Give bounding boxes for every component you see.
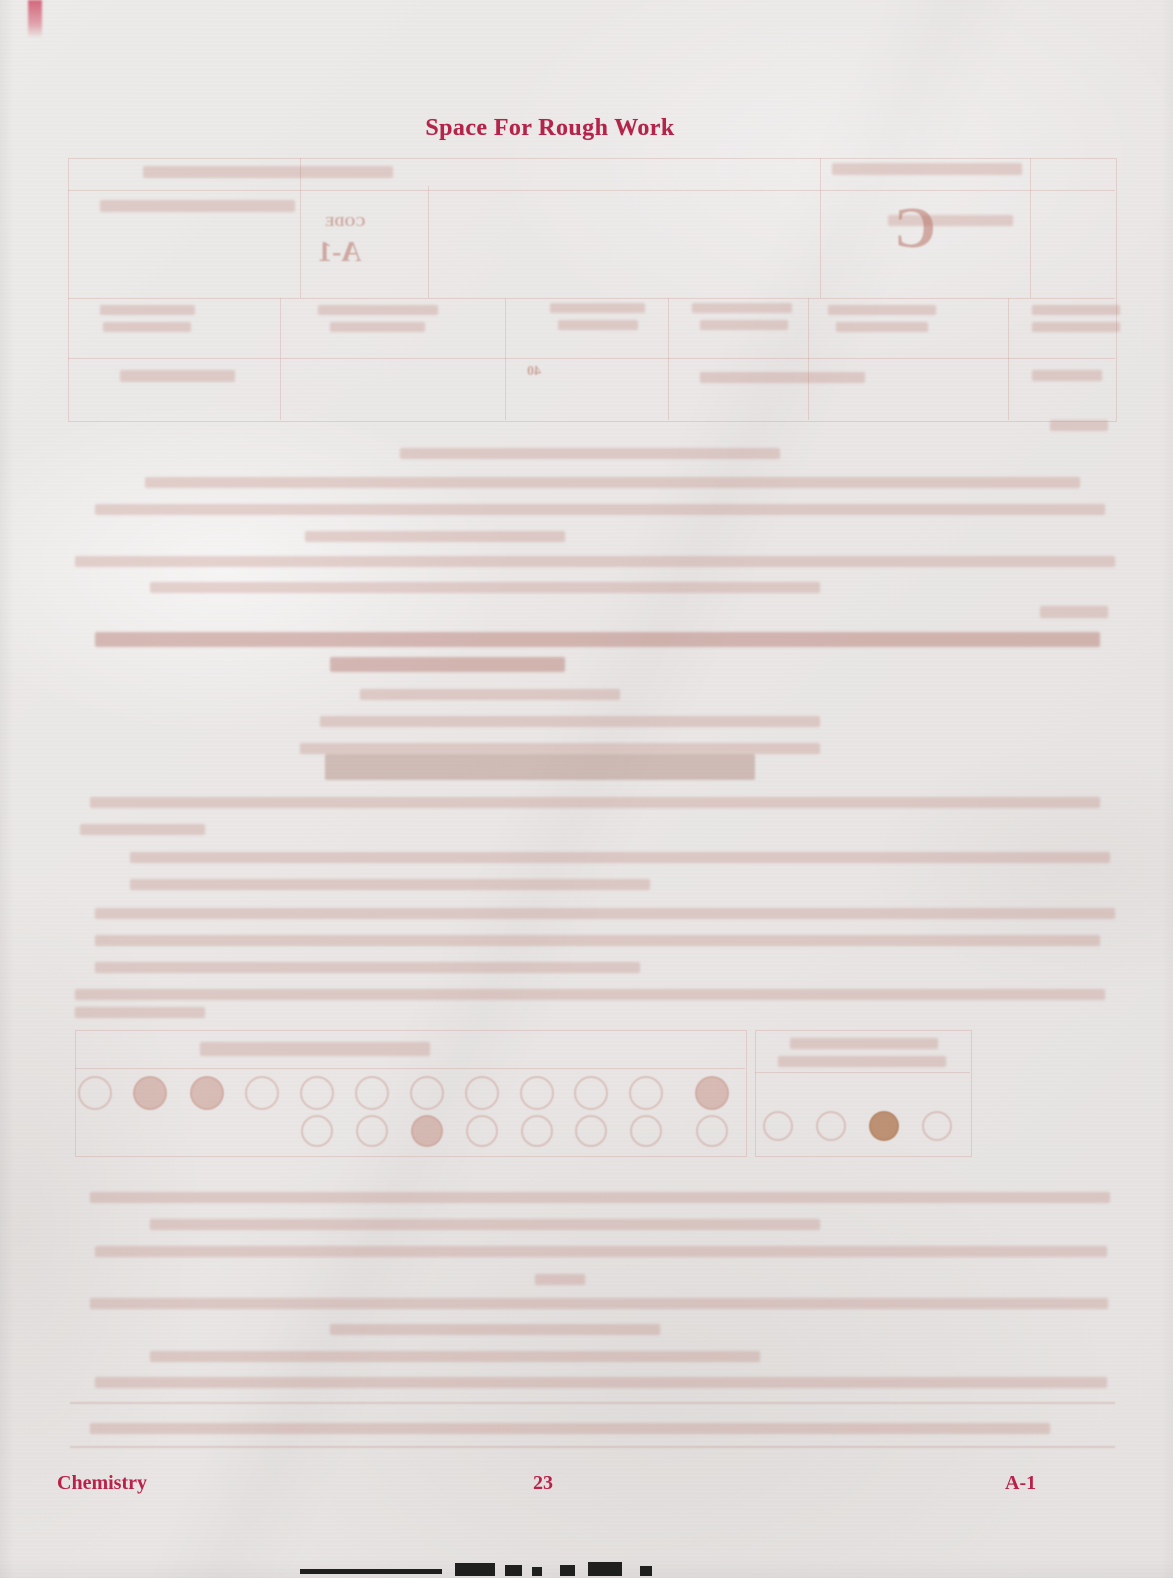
ghost-text-line [100, 200, 295, 212]
bottom-ink-fragment [588, 1562, 622, 1576]
ghost-text-line [1032, 305, 1120, 315]
ghost-text-line [90, 797, 1100, 808]
ghost-text-line [100, 305, 195, 315]
ghost-text-line [130, 879, 650, 890]
bottom-ink-fragment [505, 1565, 522, 1576]
ghost-table-line [755, 1072, 970, 1073]
ghost-table-line [1008, 298, 1009, 420]
ghost-bubble [763, 1111, 793, 1141]
ghost-text-line [832, 163, 1022, 175]
ghost-code_label: CODE [325, 216, 365, 229]
ghost-table-line [668, 298, 669, 420]
ghost-bold-text-line [330, 657, 565, 672]
ghost-text-line [130, 852, 1110, 863]
footer-booklet-version: A-1 [1005, 1472, 1036, 1495]
ghost-text-line [700, 372, 865, 383]
ghost-bubble [355, 1076, 389, 1110]
ghost-text-line [90, 1192, 1110, 1203]
ghost-text-line [790, 1038, 938, 1049]
ghost-text-line [1032, 322, 1120, 332]
ghost-text-line [305, 531, 565, 542]
ghost-bubble [245, 1076, 279, 1110]
ghost-text-line [828, 305, 936, 315]
ghost-bubble [301, 1115, 333, 1147]
ghost-table-line [75, 1068, 745, 1069]
bleed-through-ghost: CCODEA-140 [0, 0, 1173, 1578]
ghost-table-line [68, 190, 1115, 191]
ghost-text-line [300, 743, 820, 754]
ghost-text-line [330, 322, 425, 332]
ghost-text-line [200, 1042, 430, 1056]
ghost-text-line [700, 320, 788, 330]
ghost-text-line [103, 322, 191, 332]
ghost-text-line [145, 477, 1080, 488]
scanned-exam-page: Space For Rough Work CCODEA-140 Chemistr… [0, 0, 1173, 1578]
ghost-text-line [95, 908, 1115, 919]
footer-page-number: 23 [533, 1472, 553, 1495]
ghost-text-line [95, 1246, 1107, 1257]
ghost-text-line [778, 1056, 946, 1067]
ghost-text-line [692, 303, 792, 313]
ghost-text-line [150, 1219, 820, 1230]
ghost-text-line [330, 1324, 660, 1335]
ghost-text-line [95, 1377, 1107, 1388]
ghost-bubble [869, 1111, 899, 1141]
bottom-ink-fragment [455, 1563, 495, 1576]
bottom-ink-fragment [560, 1565, 575, 1576]
ghost-table-line [1030, 158, 1031, 298]
ghost-text-line [143, 166, 393, 178]
ghost-text-line [95, 504, 1105, 515]
ghost-bubble [520, 1076, 554, 1110]
ghost-bubble [695, 1076, 729, 1110]
corner-red-streak [28, 0, 42, 38]
ghost-rule [70, 1446, 1115, 1448]
ghost-bubble [78, 1076, 112, 1110]
ghost-bubble [410, 1076, 444, 1110]
ghost-table-line [280, 298, 281, 420]
ghost-text-line [1032, 370, 1102, 381]
ghost-bubble [411, 1115, 443, 1147]
ghost-bubble [521, 1115, 553, 1147]
ghost-table-outline [755, 1030, 972, 1157]
ghost-text-line [150, 1351, 760, 1362]
scan-artifacts [0, 0, 1173, 1578]
ghost-highlight-bar [325, 754, 755, 780]
ghost-text-line [75, 989, 1105, 1000]
ghost-table-outline [68, 158, 1117, 422]
ghost-text-line [360, 689, 620, 700]
ghost-bubble [465, 1076, 499, 1110]
ghost-bubble [922, 1111, 952, 1141]
footer-subject-label: Chemistry [57, 1472, 147, 1495]
ghost-text-line [80, 824, 205, 835]
ghost-bubble [190, 1076, 224, 1110]
ghost-text-line [90, 1298, 1108, 1309]
ghost-text-line [550, 303, 645, 313]
ghost-bubble [629, 1076, 663, 1110]
ghost-text-line [535, 1274, 585, 1285]
ghost-text-line [558, 320, 638, 330]
ghost-text-line [75, 1007, 205, 1018]
ghost-bubble [630, 1115, 662, 1147]
ghost-bubble [133, 1076, 167, 1110]
ghost-text-line [95, 935, 1100, 946]
ghost-booklet_version: A-1 [318, 240, 362, 267]
ghost-bubble [300, 1076, 334, 1110]
bottom-ink-fragment [300, 1569, 442, 1574]
ghost-bold-text-line [95, 632, 1100, 647]
page-title: Space For Rough Work [0, 115, 1100, 142]
ghost-text-line [120, 370, 235, 382]
ghost-table-outline [75, 1030, 747, 1157]
ghost-text-line [836, 322, 928, 332]
ghost-bubble [575, 1115, 607, 1147]
ghost-table-line [68, 298, 1115, 299]
ghost-text-line [1040, 606, 1108, 618]
ghost-rule [70, 1402, 1115, 1404]
ghost-bubble [574, 1076, 608, 1110]
bottom-ink-fragment [532, 1567, 542, 1576]
ghost-text-line [95, 962, 640, 973]
ghost-total_marks: 40 [527, 365, 541, 378]
ghost-text-line [150, 582, 820, 593]
ghost-version_letter: C [894, 200, 936, 255]
ghost-text-line [90, 1423, 1050, 1434]
ghost-table-line [808, 298, 809, 420]
ghost-bubble [696, 1115, 728, 1147]
ghost-text-line [318, 305, 438, 315]
ghost-table-line [300, 158, 301, 298]
ghost-table-line [505, 298, 506, 420]
ghost-bubble [816, 1111, 846, 1141]
ghost-bubble [466, 1115, 498, 1147]
ghost-table-line [820, 158, 821, 298]
ghost-text-line [400, 448, 780, 459]
ghost-table-line [68, 358, 1115, 359]
ghost-text-line [1050, 420, 1108, 431]
ghost-text-line [888, 215, 1013, 226]
ghost-table-line [428, 186, 429, 298]
ghost-text-line [75, 556, 1115, 567]
ghost-text-line [320, 716, 820, 727]
ghost-bubble [356, 1115, 388, 1147]
bottom-ink-fragment [640, 1566, 652, 1576]
